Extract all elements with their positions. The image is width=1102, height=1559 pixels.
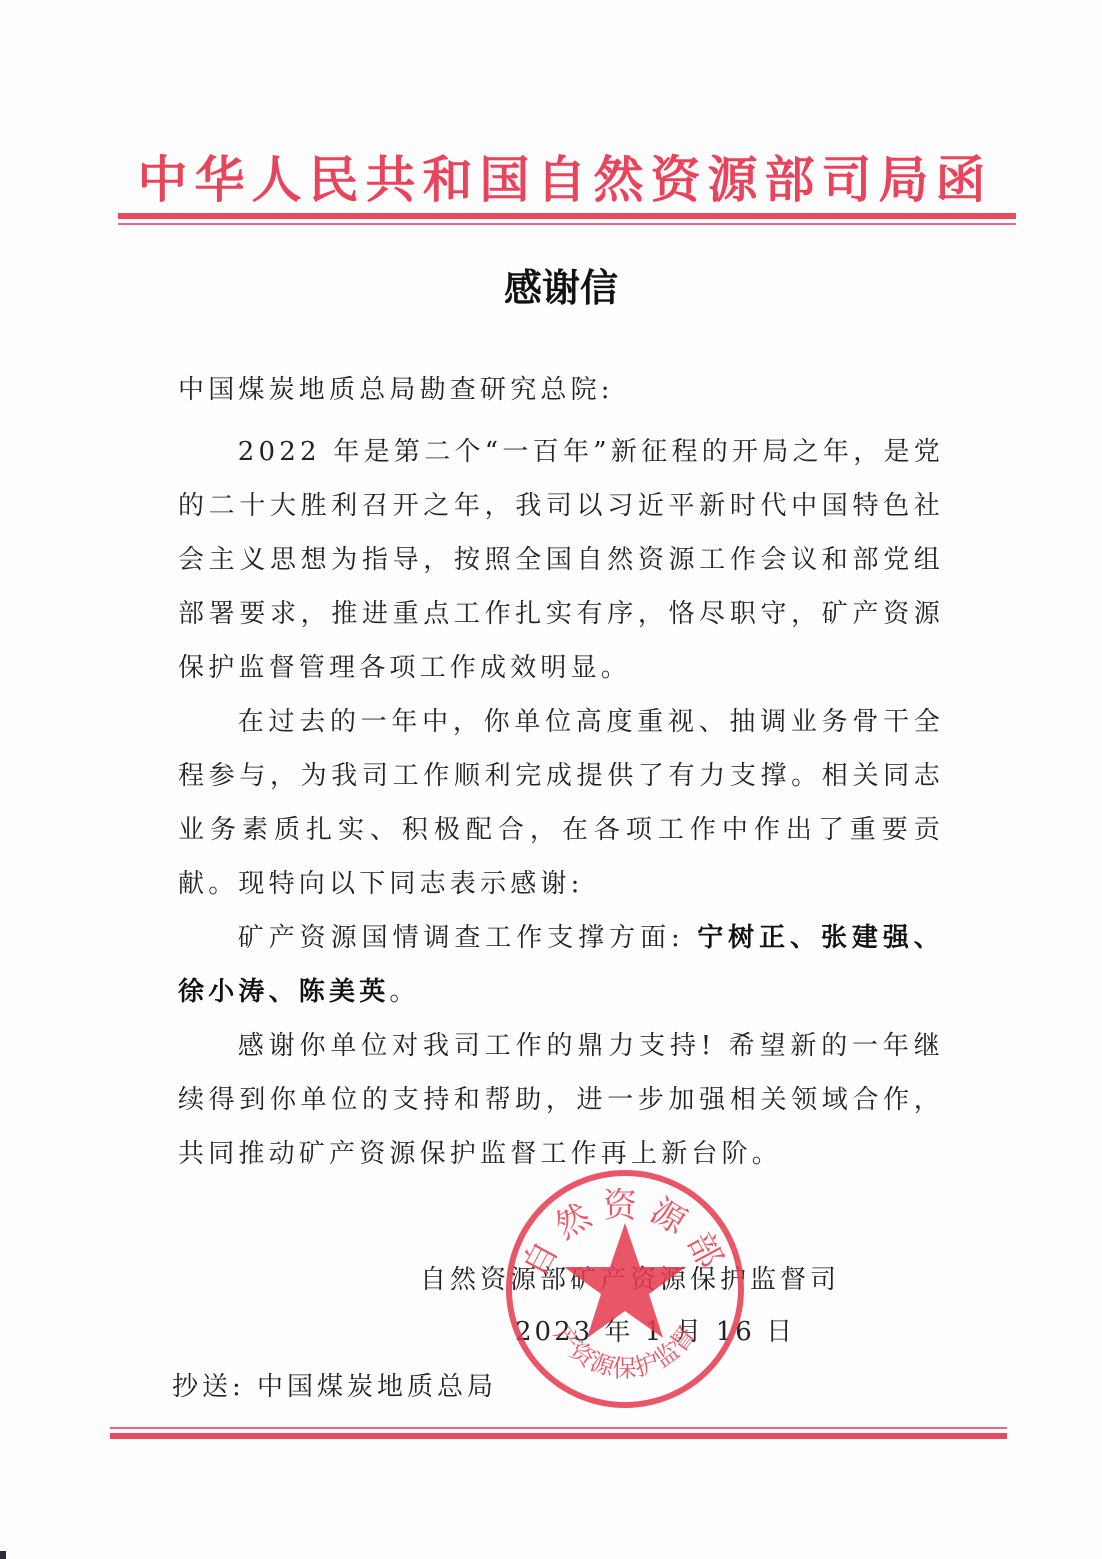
header-rule-thick bbox=[118, 213, 1016, 219]
salutation: 中国煤炭地质总局勘查研究总院: bbox=[178, 363, 944, 417]
signature-date: 2023 年 1 月 16 日 bbox=[515, 1305, 795, 1359]
scan-edge-mark bbox=[0, 1551, 6, 1559]
header-rule-thin bbox=[118, 223, 1016, 225]
footer-rule-thick bbox=[110, 1433, 1007, 1439]
document-title: 感谢信 bbox=[0, 260, 1102, 316]
footer-rule-thin bbox=[110, 1427, 1007, 1429]
recognition-suffix: 。 bbox=[389, 977, 419, 1007]
letter-body: 2022 年是第二个“一百年”新征程的开局之年，是党的二十大胜利召开之年，我司以… bbox=[178, 425, 944, 1181]
cc-line: 抄送: 中国煤炭地质总局 bbox=[172, 1360, 497, 1414]
recognition-prefix: 矿产资源国情调查工作支撑方面: bbox=[238, 923, 697, 953]
recognition-paragraph: 矿产资源国情调查工作支撑方面: 宁树正、张建强、徐小涛、陈美英。 bbox=[178, 911, 944, 1019]
cc-label: 抄送: bbox=[172, 1372, 245, 1402]
signature-organization: 自然资源部矿产资源保护监督司 bbox=[420, 1253, 860, 1307]
closing-paragraph: 感谢你单位对我司工作的鼎力支持! 希望新的一年继续得到你单位的支持和帮助，进一步… bbox=[178, 1019, 944, 1181]
paragraph-1: 2022 年是第二个“一百年”新征程的开局之年，是党的二十大胜利召开之年，我司以… bbox=[178, 425, 944, 695]
document-page: 中华人民共和国自然资源部司局函 感谢信 中国煤炭地质总局勘查研究总院: 2022… bbox=[0, 0, 1102, 1559]
paragraph-2: 在过去的一年中，你单位高度重视、抽调业务骨干全程参与，为我司工作顺利完成提供了有… bbox=[178, 695, 944, 911]
letterhead-title: 中华人民共和国自然资源部司局函 bbox=[120, 140, 1010, 220]
cc-recipient: 中国煤炭地质总局 bbox=[257, 1372, 497, 1402]
